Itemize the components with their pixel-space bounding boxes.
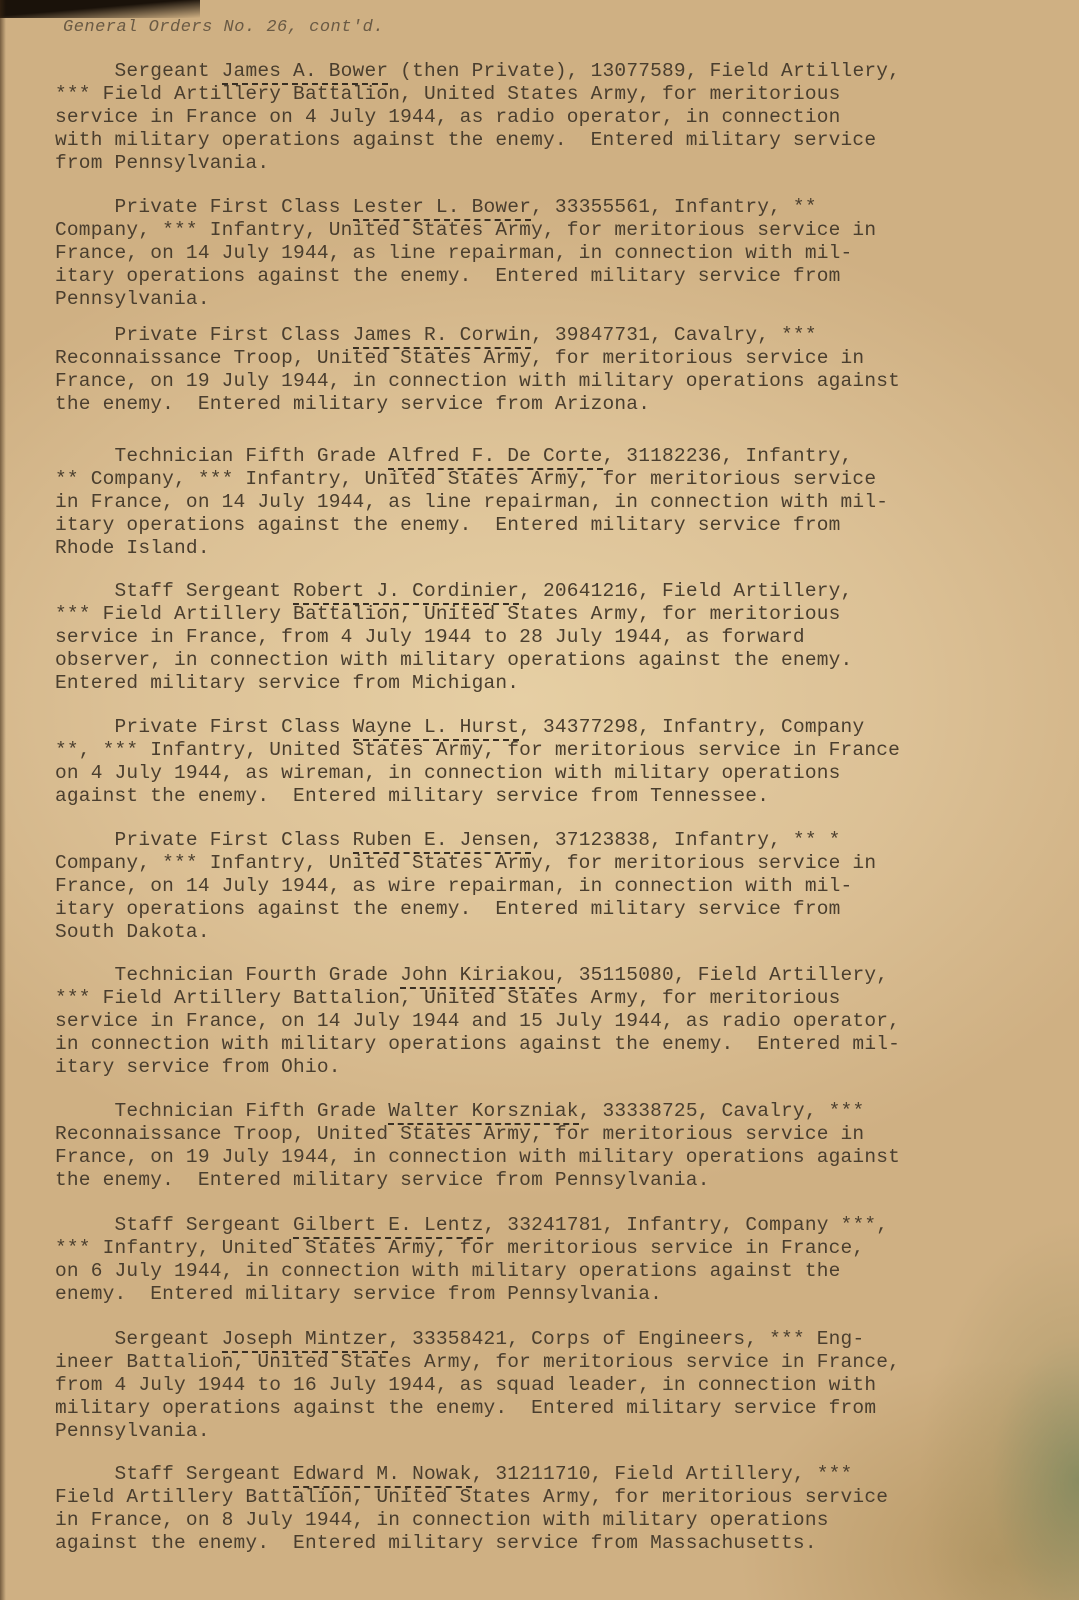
citation-line: service in France on 4 July 1944, as rad… [55,106,1040,129]
citation-entry: Technician Fourth Grade John Kiriakou, 3… [55,964,1040,1079]
citation-first-line: Staff Sergeant Robert J. Cordinier, 2064… [55,580,1040,603]
citation-line: observer, in connection with military op… [55,649,1040,672]
rank-text: Staff Sergeant [55,580,293,602]
serial-branch-text: , 31211710, Field Artillery, *** [472,1463,853,1485]
citation-line: **, *** Infantry, United States Army, fo… [55,739,1040,762]
rank-text: Sergeant [55,60,222,82]
recipient-name: Walter Korszniak [388,1100,578,1125]
recipient-name: Edward M. Nowak [293,1463,472,1488]
citation-first-line: Sergeant James A. Bower (then Private), … [55,60,1040,83]
citation-first-line: Private First Class Ruben E. Jensen, 371… [55,829,1040,852]
citation-entry: Staff Sergeant Robert J. Cordinier, 2064… [55,580,1040,695]
citation-line: Company, *** Infantry, United States Arm… [55,852,1040,875]
citation-line: from Pennsylvania. [55,152,1040,175]
citation-first-line: Private First Class Wayne L. Hurst, 3437… [55,716,1040,739]
citation-line: France, on 14 July 1944, as line repairm… [55,242,1040,265]
citation-line: Entered military service from Michigan. [55,672,1040,695]
serial-branch-text: , 31182236, Infantry, [603,445,853,467]
recipient-name: Lester L. Bower [353,196,532,221]
rank-text: Private First Class [55,716,353,738]
citation-line: military operations against the enemy. E… [55,1397,1040,1420]
citation-line: from 4 July 1944 to 16 July 1944, as squ… [55,1374,1040,1397]
citation-first-line: Private First Class Lester L. Bower, 333… [55,196,1040,219]
citation-line: ** Company, *** Infantry, United States … [55,468,1040,491]
citation-line: in connection with military operations a… [55,1033,1040,1056]
serial-branch-text: , 20641216, Field Artillery, [519,580,852,602]
citation-line: itary operations against the enemy. Ente… [55,514,1040,537]
serial-branch-text: , 33241781, Infantry, Company ***, [483,1214,888,1236]
citation-line: South Dakota. [55,921,1040,944]
citation-line: Pennsylvania. [55,288,1040,311]
rank-text: Staff Sergeant [55,1463,293,1485]
serial-branch-text: , 33358421, Corps of Engineers, *** Eng- [388,1328,864,1350]
citation-entry: Sergeant Joseph Mintzer, 33358421, Corps… [55,1328,1040,1443]
rank-text: Technician Fifth Grade [55,1100,388,1122]
citation-first-line: Sergeant Joseph Mintzer, 33358421, Corps… [55,1328,1040,1351]
citation-line: Field Artillery Battalion, United States… [55,1486,1040,1509]
scan-left-edge [0,0,6,1600]
serial-branch-text: , 35115080, Field Artillery, [555,964,888,986]
citation-line: the enemy. Entered military service from… [55,1169,1040,1192]
citation-line: Pennsylvania. [55,1420,1040,1443]
recipient-name: Wayne L. Hurst [353,716,520,741]
serial-branch-text: , 33338725, Cavalry, *** [579,1100,865,1122]
citation-line: France, on 19 July 1944, in connection w… [55,1146,1040,1169]
citation-line: Company, *** Infantry, United States Arm… [55,219,1040,242]
citation-entry: Sergeant James A. Bower (then Private), … [55,60,1040,175]
citation-line: *** Infantry, United States Army, for me… [55,1237,1040,1260]
serial-branch-text: , 37123838, Infantry, ** * [531,829,840,851]
citation-line: itary service from Ohio. [55,1056,1040,1079]
rank-text: Technician Fifth Grade [55,445,388,467]
citation-line: in France, on 8 July 1944, in connection… [55,1509,1040,1532]
citation-entry: Private First Class James R. Corwin, 398… [55,324,1040,416]
citation-line: in France, on 14 July 1944, as line repa… [55,491,1040,514]
recipient-name: Robert J. Cordinier [293,580,519,605]
citation-line: with military operations against the ene… [55,129,1040,152]
serial-branch-text: , 34377298, Infantry, Company [519,716,864,738]
citation-line: the enemy. Entered military service from… [55,393,1040,416]
citation-line: Rhode Island. [55,537,1040,560]
citation-first-line: Technician Fifth Grade Walter Korszniak,… [55,1100,1040,1123]
recipient-name: John Kiriakou [400,964,555,989]
citation-line: France, on 14 July 1944, as wire repairm… [55,875,1040,898]
recipient-name: James A. Bower [222,60,389,85]
rank-text: Private First Class [55,829,353,851]
citation-line: itary operations against the enemy. Ente… [55,898,1040,921]
rank-text: Private First Class [55,196,353,218]
citation-line: enemy. Entered military service from Pen… [55,1283,1040,1306]
citation-line: service in France, on 14 July 1944 and 1… [55,1010,1040,1033]
recipient-name: Alfred F. De Corte [388,445,602,470]
citation-line: ineer Battalion, United States Army, for… [55,1351,1040,1374]
rank-text: Staff Sergeant [55,1214,293,1236]
citation-line: on 4 July 1944, as wireman, in connectio… [55,762,1040,785]
document-header: General Orders No. 26, cont'd. [63,18,384,37]
citation-line: against the enemy. Entered military serv… [55,1532,1040,1555]
citation-line: *** Field Artillery Battalion, United St… [55,987,1040,1010]
citation-entry: Private First Class Ruben E. Jensen, 371… [55,829,1040,944]
recipient-name: Ruben E. Jensen [353,829,532,854]
rank-text: Technician Fourth Grade [55,964,400,986]
citation-line: against the enemy. Entered military serv… [55,785,1040,808]
citation-line: Reconnaissance Troop, United States Army… [55,347,1040,370]
citation-line: Reconnaissance Troop, United States Army… [55,1123,1040,1146]
citation-first-line: Technician Fourth Grade John Kiriakou, 3… [55,964,1040,987]
citation-line: service in France, from 4 July 1944 to 2… [55,626,1040,649]
citation-line: *** Field Artillery Battalion, United St… [55,603,1040,626]
serial-branch-text: , 39847731, Cavalry, *** [531,324,817,346]
rank-text: Private First Class [55,324,353,346]
citation-first-line: Technician Fifth Grade Alfred F. De Cort… [55,445,1040,468]
citation-first-line: Private First Class James R. Corwin, 398… [55,324,1040,347]
scan-corner-shadow [0,0,200,18]
citation-line: *** Field Artillery Battalion, United St… [55,83,1040,106]
citation-line: itary operations against the enemy. Ente… [55,265,1040,288]
citation-entry: Technician Fifth Grade Alfred F. De Cort… [55,445,1040,560]
citation-first-line: Staff Sergeant Gilbert E. Lentz, 3324178… [55,1214,1040,1237]
recipient-name: Joseph Mintzer [222,1328,389,1353]
citation-entry: Staff Sergeant Gilbert E. Lentz, 3324178… [55,1214,1040,1306]
serial-branch-text: (then Private), 13077589, Field Artiller… [388,60,900,82]
citation-entry: Private First Class Wayne L. Hurst, 3437… [55,716,1040,808]
citation-line: on 6 July 1944, in connection with milit… [55,1260,1040,1283]
citation-first-line: Staff Sergeant Edward M. Nowak, 31211710… [55,1463,1040,1486]
rank-text: Sergeant [55,1328,222,1350]
recipient-name: James R. Corwin [353,324,532,349]
citation-entry: Technician Fifth Grade Walter Korszniak,… [55,1100,1040,1192]
citation-entry: Staff Sergeant Edward M. Nowak, 31211710… [55,1463,1040,1555]
document-page: General Orders No. 26, cont'd. Sergeant … [0,0,1079,1600]
serial-branch-text: , 33355561, Infantry, ** [531,196,817,218]
recipient-name: Gilbert E. Lentz [293,1214,483,1239]
citation-line: France, on 19 July 1944, in connection w… [55,370,1040,393]
citation-entry: Private First Class Lester L. Bower, 333… [55,196,1040,311]
